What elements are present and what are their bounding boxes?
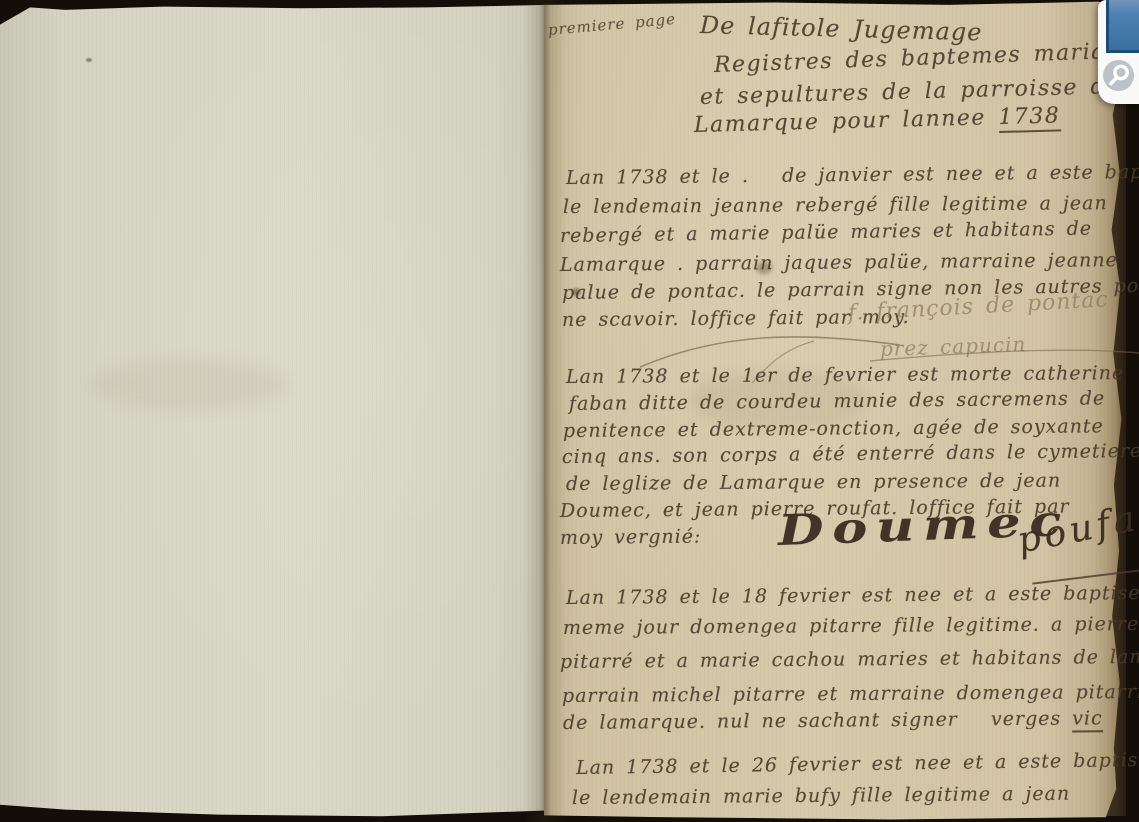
- left-page-blank: [0, 0, 546, 822]
- entry1-priest-title: prez capucin: [880, 333, 1027, 360]
- title-year-underlined: 1738: [998, 103, 1061, 133]
- entry1-line2: le lendemain jeanne rebergé fille legiti…: [563, 193, 1108, 218]
- navigator-thumbnail[interactable]: [1106, 0, 1139, 53]
- entry2-line7: moy vergnié:: [560, 527, 702, 549]
- magnifier-icon: [1103, 60, 1134, 91]
- viewer-controls-panel: [1098, 0, 1139, 104]
- zoom-button[interactable]: [1103, 60, 1134, 91]
- entry2-line5: de leglize de Lamarque en presence de je…: [566, 471, 1061, 495]
- entry3-vic-underlined: vic: [1072, 707, 1103, 732]
- entry4-line2: le lendemain marie bufy fille legitime a…: [572, 784, 1070, 809]
- document-viewer-canvas: premiere page De lafitole Jugemage Regis…: [0, 0, 1139, 822]
- entry3-line2: meme jour domengea pitarre fille legitim…: [563, 614, 1139, 639]
- entry2-line1: Lan 1738 et le 1er de fevrier est morte …: [566, 363, 1124, 388]
- entry3-line4: parrain michel pitarre et marraine domen…: [562, 682, 1139, 707]
- entry3-line5-text: de lamarque. nul ne sachant signer verge…: [563, 708, 1072, 734]
